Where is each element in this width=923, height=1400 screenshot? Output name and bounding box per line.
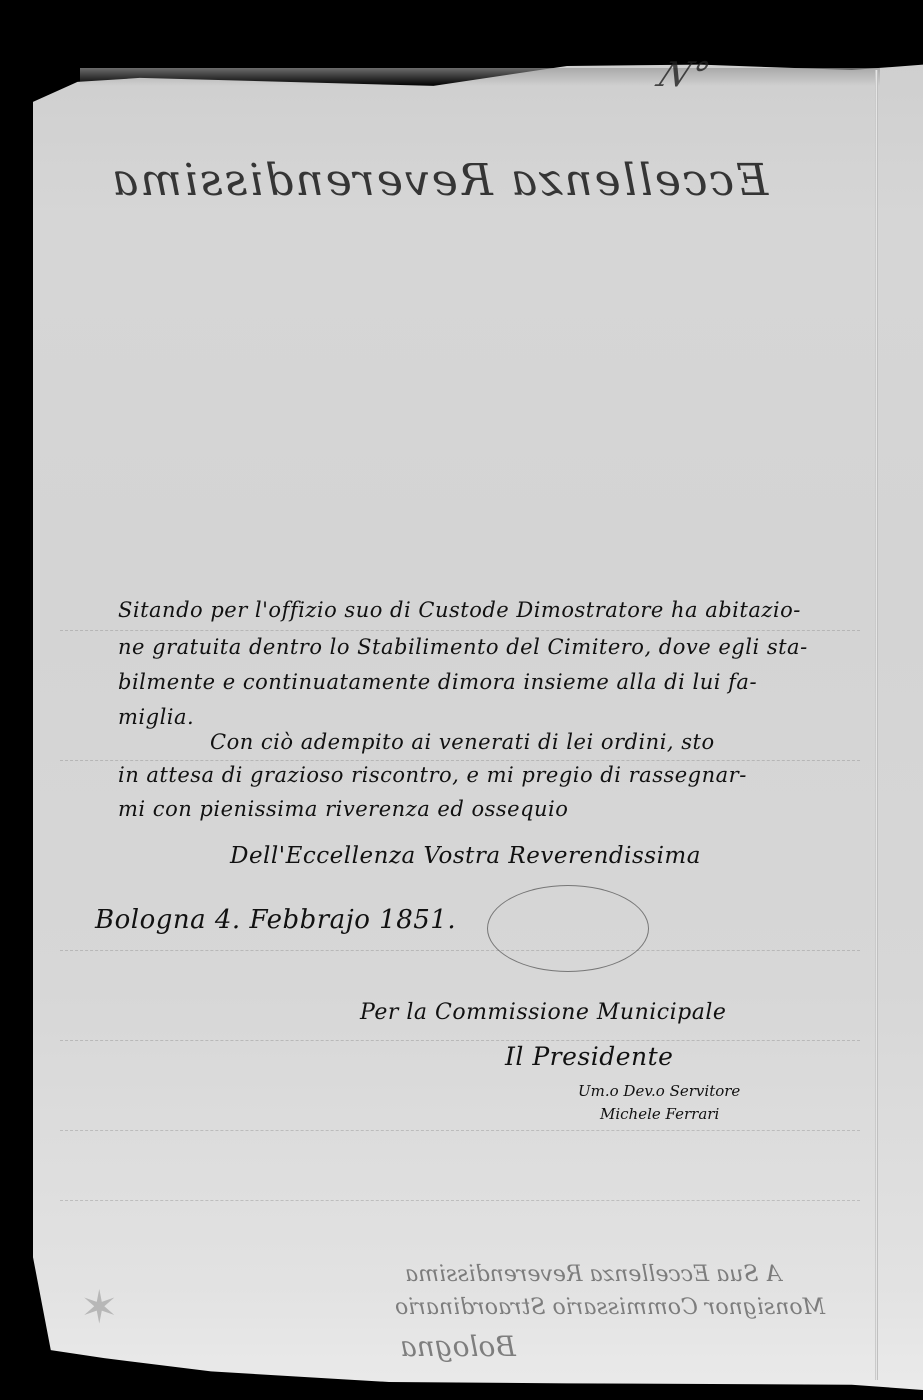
- ghost-line: [60, 630, 860, 632]
- mirrored-address-line-2: Monsignor Commissario Straordinario: [395, 1295, 825, 1320]
- body-line-1: Sitando per l'offizio suo di Custode Dim…: [118, 598, 801, 622]
- place-date: Bologna 4. Febbrajo 1851.: [95, 905, 456, 935]
- top-crease: [80, 68, 880, 86]
- mirrored-address-line-1: A Sua Eccellenza Reverendissima: [405, 1262, 781, 1287]
- signature-title: Il Presidente: [505, 1042, 673, 1071]
- signature-servitore: Um.o Dev.o Servitore: [578, 1082, 740, 1100]
- signature-commission: Per la Commissione Municipale: [360, 1000, 726, 1025]
- body-line-2: ne gratuita dentro lo Stabilimento del C…: [118, 635, 808, 659]
- body-line-3: bilmente e continuatamente dimora insiem…: [118, 670, 757, 694]
- body-line-5: Con ciò adempito ai venerati di lei ordi…: [210, 730, 715, 754]
- star-stamp-icon: ✶: [80, 1280, 119, 1334]
- ghost-line: [60, 1040, 860, 1042]
- ghost-line: [60, 950, 860, 952]
- ghost-line: [60, 1200, 860, 1202]
- body-line-6: in attesa di grazioso riscontro, e mi pr…: [118, 763, 747, 787]
- mirrored-header-bleed: Eccellenza Reverendissima: [110, 155, 768, 206]
- date-circle-mark: [487, 885, 649, 972]
- body-line-7: mi con pienissima riverenza ed ossequio: [118, 797, 568, 821]
- ghost-line: [60, 760, 860, 762]
- body-line-4: miglia.: [118, 705, 194, 729]
- closing-line: Dell'Eccellenza Vostra Reverendissima: [230, 843, 701, 869]
- ghost-line: [60, 1130, 860, 1132]
- mirrored-address-line-3: Bologna: [400, 1330, 516, 1363]
- fold-line: [875, 70, 878, 1380]
- signature-name: Michele Ferrari: [600, 1105, 719, 1123]
